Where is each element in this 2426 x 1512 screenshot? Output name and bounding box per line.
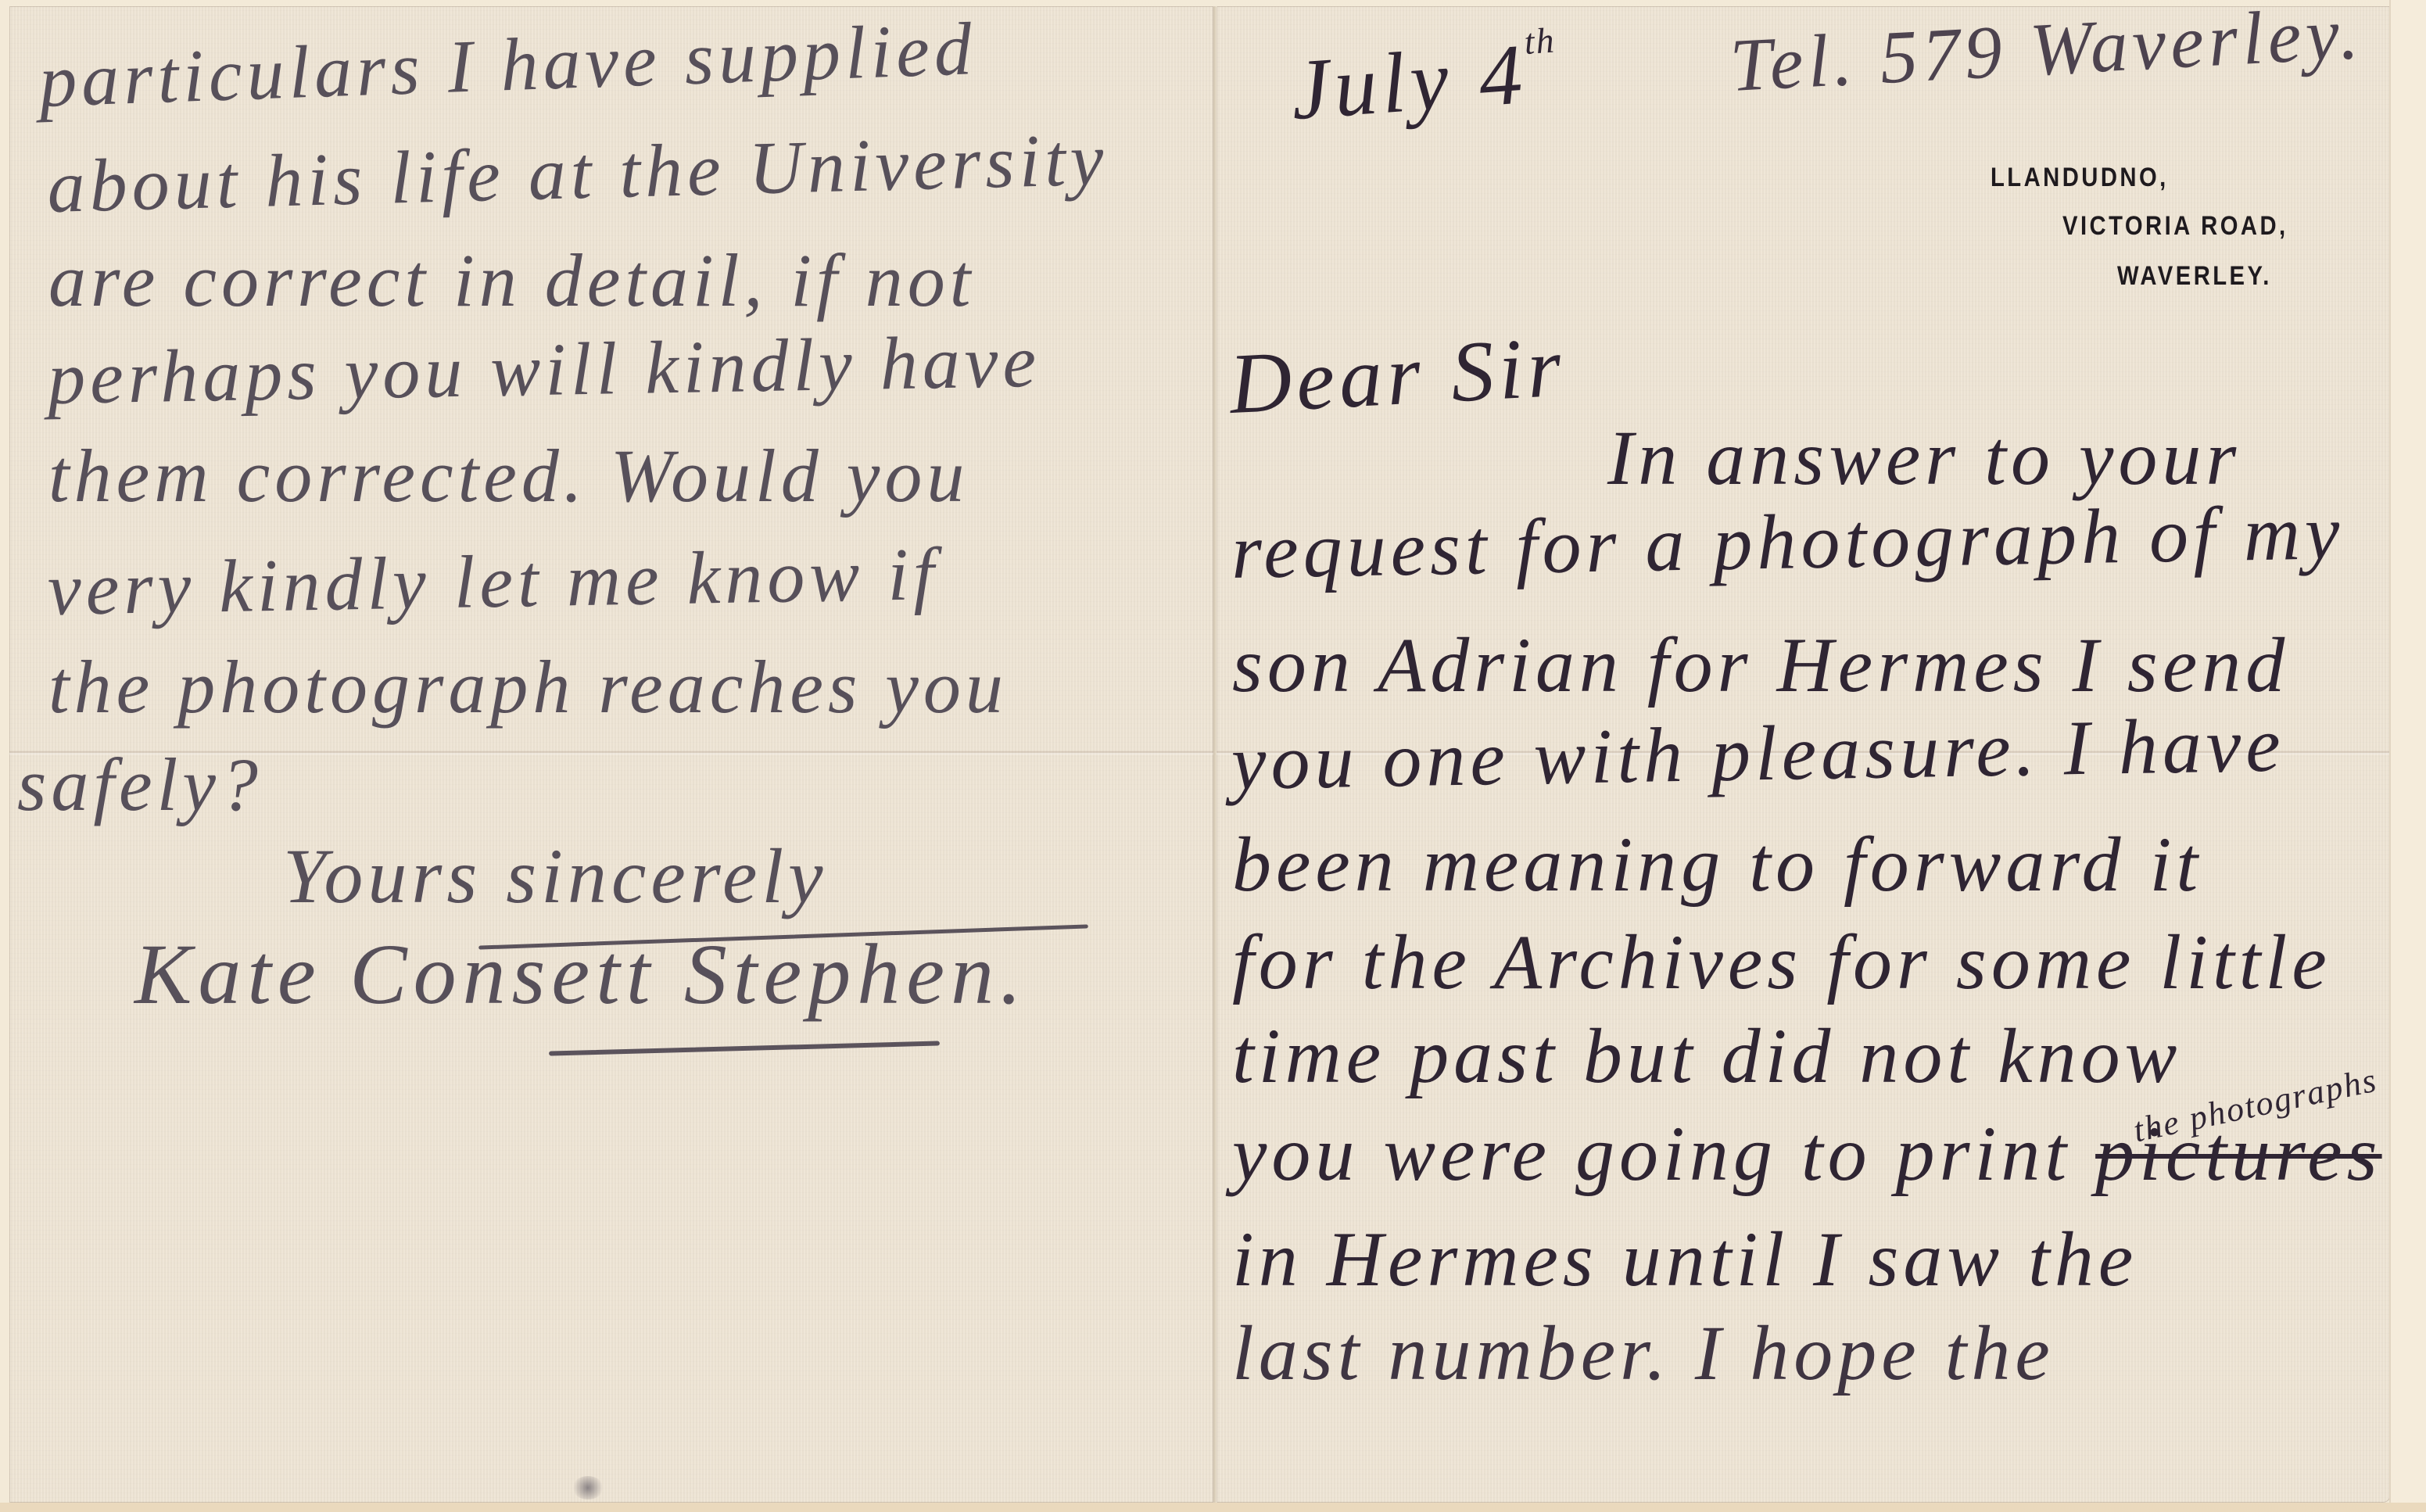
- letter-line: time past but did not know: [1232, 1011, 2181, 1101]
- scan-margin-bottom: [0, 1503, 2426, 1512]
- letter-line: are correct in detail, if not: [48, 237, 975, 324]
- letterhead-line-3: WAVERLEY.: [2117, 261, 2272, 292]
- letter-line: them corrected. Would you: [48, 432, 969, 519]
- letter-line: particulars I have supplied: [38, 5, 977, 124]
- letter-line: you one with pleasure. I have: [1231, 699, 2286, 808]
- ink-smudge: [572, 1476, 604, 1499]
- letter-line: son Adrian for Hermes I send: [1232, 620, 2289, 710]
- date-suffix: th: [1523, 20, 1557, 62]
- letter-line: you were going to print pictures: [1232, 1109, 2382, 1198]
- scan-margin-right: [2389, 0, 2426, 1512]
- letter-line: in Hermes until I saw the: [1232, 1214, 2138, 1304]
- letter-line-text: you were going to print: [1232, 1110, 2071, 1197]
- struck-word: pictures: [2095, 1110, 2381, 1197]
- telephone-number: Tel. 579 Waverley.: [1728, 0, 2365, 109]
- letter-line: the photograph reaches you: [48, 643, 1008, 730]
- left-page: particulars I have supplied about his li…: [9, 6, 1216, 1503]
- letter-line: for the Archives for some little: [1232, 917, 2331, 1007]
- salutation: Dear Sir: [1227, 317, 1568, 434]
- date-text: July 4: [1288, 26, 1529, 138]
- letter-line: In answer to your: [1607, 413, 2241, 503]
- letter-line: been meaning to forward it: [1232, 819, 2202, 909]
- scanned-letter: particulars I have supplied about his li…: [0, 0, 2426, 1512]
- closing: Yours sincerely: [283, 831, 828, 921]
- letterhead-line-2: VICTORIA ROAD,: [2062, 211, 2288, 242]
- letter-line: safely?: [17, 741, 263, 828]
- signature-underline: [549, 1041, 940, 1055]
- letterhead-line-1: LLANDUDNO,: [1991, 163, 2169, 193]
- letter-line: perhaps you will kindly have: [47, 317, 1041, 421]
- letter-line: very kindly let me know if: [47, 530, 939, 632]
- letter-line: about his life at the University: [46, 116, 1109, 230]
- signature: Kate Consett Stephen.: [134, 925, 1028, 1024]
- letter-line: last number. I hope the: [1232, 1308, 2055, 1398]
- letter-line: request for a photograph of my: [1231, 487, 2345, 597]
- right-page: July 4th Tel. 579 Waverley. LLANDUDNO, V…: [1217, 6, 2391, 1503]
- date: July 4th: [1288, 19, 1561, 140]
